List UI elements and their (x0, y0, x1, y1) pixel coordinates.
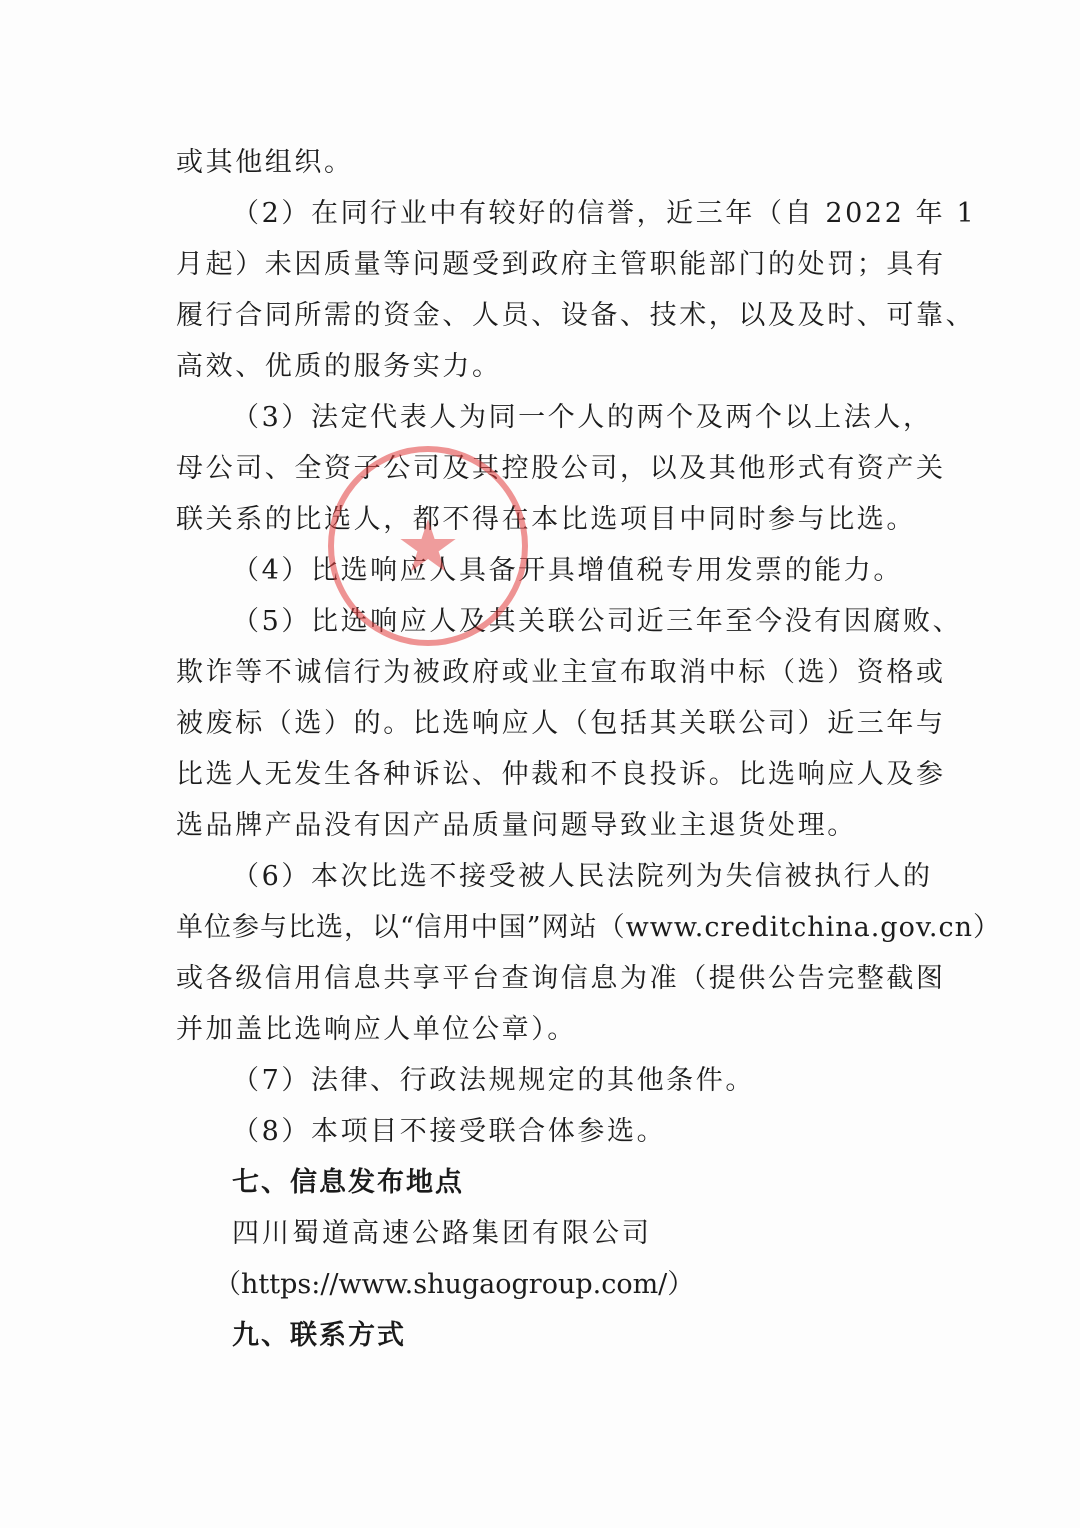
document-page: 或其他组织。 （2）在同行业中有较好的信誉，近三年（自 2022 年 1 月起）… (0, 0, 1080, 1528)
paragraph-line: 选品牌产品没有因产品质量问题导致业主退货处理。 (176, 809, 928, 843)
paragraph-line: 母公司、全资子公司及其控股公司，以及其他形式有资产关 (176, 452, 928, 486)
paragraph-line: 或其他组织。 (176, 146, 928, 180)
paragraph-line: （6）本次比选不接受被人民法院列为失信被执行人的 (232, 860, 928, 894)
paragraph-line: （5）比选响应人及其关联公司近三年至今没有因腐败、 (232, 605, 928, 639)
paragraph-line: 并加盖比选响应人单位公章）。 (176, 1013, 928, 1047)
publisher-name: 四川蜀道高速公路集团有限公司 (232, 1217, 652, 1251)
paragraph-line: 或各级信用信息共享平台查询信息为准（提供公告完整截图 (176, 962, 928, 996)
paragraph-line: （2）在同行业中有较好的信誉，近三年（自 2022 年 1 (232, 197, 928, 231)
paragraph-line: 被废标（选）的。比选响应人（包括其关联公司）近三年与 (176, 707, 928, 741)
paragraph-line: 月起）未因质量等问题受到政府主管职能部门的处罚；具有 (176, 248, 928, 282)
paragraph-line: （7）法律、行政法规规定的其他条件。 (232, 1064, 928, 1098)
paragraph-line: 高效、优质的服务实力。 (176, 350, 928, 384)
paragraph-line: 单位参与比选，以“信用中国”网站（www.creditchina.gov.cn） (176, 911, 928, 945)
paragraph-line: 比选人无发生各种诉讼、仲裁和不良投诉。比选响应人及参 (176, 758, 928, 792)
paragraph-line: 联关系的比选人，都不得在本比选项目中同时参与比选。 (176, 503, 928, 537)
paragraph-line: （8）本项目不接受联合体参选。 (232, 1115, 928, 1149)
paragraph-line: 履行合同所需的资金、人员、设备、技术，以及及时、可靠、 (176, 299, 928, 333)
paragraph-line: （3）法定代表人为同一个人的两个及两个以上法人， (232, 401, 928, 435)
paragraph-line: 欺诈等不诚信行为被政府或业主宣布取消中标（选）资格或 (176, 656, 928, 690)
section-9-heading: 九、联系方式 (232, 1319, 406, 1353)
paragraph-line: （4）比选响应人具备开具增值税专用发票的能力。 (232, 554, 928, 588)
section-7-heading: 七、信息发布地点 (232, 1166, 464, 1200)
publisher-url: （https://www.shugaogroup.com/） (214, 1268, 694, 1302)
